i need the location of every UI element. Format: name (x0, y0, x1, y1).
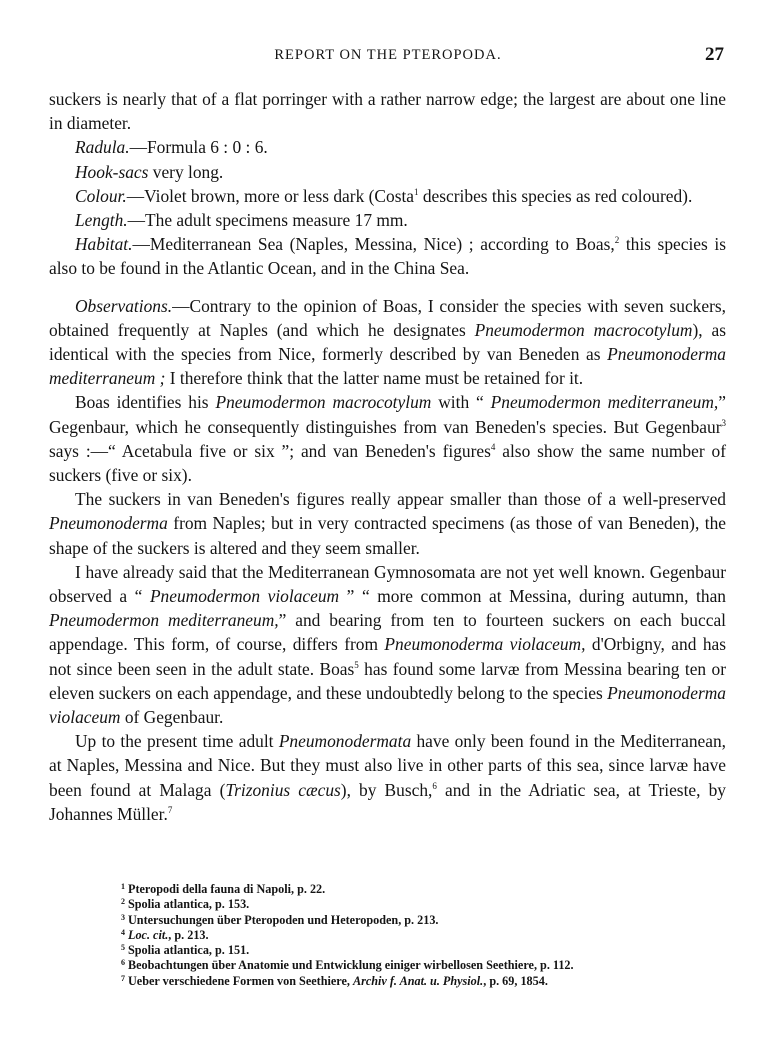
obs-text: I therefore think that the latter name m… (165, 368, 583, 388)
footnote-number: 1 (121, 882, 125, 891)
paragraph-length: Length.—The adult specimens measure 17 m… (49, 208, 726, 232)
footnote-number: 6 (121, 958, 125, 967)
radula-text: —Formula 6 : 0 : 6. (130, 137, 268, 157)
label-habitat: Habitat. (75, 234, 133, 254)
species-name: Pneumodermon macrocotylum (475, 320, 693, 340)
footnote-ref-3[interactable]: 3 (722, 418, 727, 428)
boas-text: Boas identifies his (75, 392, 215, 412)
boas-text: says :—“ Acetabula five or six ”; and va… (49, 441, 491, 461)
species-name: Pneumodermon mediterraneum, (49, 610, 279, 630)
label-radula: Radula. (75, 137, 130, 157)
hook-sacs-text: very long. (148, 162, 223, 182)
footnote-3: 3Untersuchungen über Pteropoden und Hete… (121, 913, 574, 928)
footnote-number: 4 (121, 928, 125, 937)
footnote-text: Spolia atlantica, p. 151. (128, 943, 249, 957)
footnote-italic: Archiv f. Anat. u. Physiol. (353, 974, 483, 988)
paragraph-boas: Boas identifies his Pneumodermon macroco… (49, 390, 726, 487)
footnote-1: 1Pteropodi della fauna di Napoli, p. 22. (121, 882, 574, 897)
species-name: Pneumodermon violaceum (150, 586, 339, 606)
paragraph-hook-sacs: Hook-sacs very long. (49, 160, 726, 184)
footnote-number: 2 (121, 897, 125, 906)
species-name: Pneumonoderma (49, 513, 168, 533)
boas-text: with “ (431, 392, 490, 412)
label-length: Length. (75, 210, 128, 230)
paragraph-radula: Radula.—Formula 6 : 0 : 6. (49, 135, 726, 159)
footnote-4: 4Loc. cit., p. 213. (121, 928, 574, 943)
footnote-text: Untersuchungen über Pteropoden und Heter… (128, 913, 438, 927)
footnote-text: Spolia atlantica, p. 153. (128, 897, 249, 911)
colour-text-cont: describes this species as red coloured). (419, 186, 693, 206)
length-text: —The adult specimens measure 17 mm. (128, 210, 408, 230)
footnote-text: Pteropodi della fauna di Napoli, p. 22. (128, 882, 325, 896)
paragraph-up-to: Up to the present time adult Pneumonoder… (49, 729, 726, 826)
species-name: Pneumonodermata (279, 731, 411, 751)
footnote-6: 6Beobachtungen über Anatomie und Entwick… (121, 958, 574, 973)
paragraph-suckers: The suckers in van Beneden's figures rea… (49, 487, 726, 560)
label-colour: Colour. (75, 186, 127, 206)
footnote-number: 3 (121, 913, 125, 922)
species-name: Trizonius cæcus (225, 780, 340, 800)
paragraph-colour: Colour.—Violet brown, more or less dark … (49, 184, 726, 208)
paragraph-habitat: Habitat.—Mediterranean Sea (Naples, Mess… (49, 232, 726, 280)
suckers-text: The suckers in van Beneden's figures rea… (75, 489, 726, 509)
species-name: Pneumodermon mediterraneum, (491, 392, 719, 412)
habitat-text: —Mediterranean Sea (Naples, Messina, Nic… (133, 234, 615, 254)
footnote-text: , p. 213. (168, 928, 208, 942)
label-observations: Observations. (75, 296, 172, 316)
already-text: of Gegenbaur. (120, 707, 223, 727)
footnote-text: Beobachtungen über Anatomie und Entwickl… (128, 958, 574, 972)
footnote-italic: Loc. cit. (128, 928, 168, 942)
paragraph-already: I have already said that the Mediterrane… (49, 560, 726, 729)
label-hook-sacs: Hook-sacs (75, 162, 148, 182)
upto-text: Up to the present time adult (75, 731, 279, 751)
species-name: Pneumonoderma violaceum, (384, 634, 585, 654)
footnote-text: , p. 69, 1854. (483, 974, 548, 988)
footnotes: 1Pteropodi della fauna di Napoli, p. 22.… (121, 882, 574, 989)
page-header: REPORT ON THE PTEROPODA. 27 (0, 44, 776, 68)
already-text: ” “ more common at Messina, during autum… (339, 586, 726, 606)
colour-text: —Violet brown, more or less dark (Costa (127, 186, 414, 206)
footnote-5: 5Spolia atlantica, p. 151. (121, 943, 574, 958)
footnote-ref-7[interactable]: 7 (168, 805, 173, 815)
page-number: 27 (705, 44, 724, 66)
upto-text: ), by Busch, (341, 780, 433, 800)
paragraph-observations: Observations.—Contrary to the opinion of… (49, 294, 726, 391)
footnote-2: 2Spolia atlantica, p. 153. (121, 897, 574, 912)
running-title: REPORT ON THE PTEROPODA. (0, 47, 776, 64)
footnote-number: 5 (121, 943, 125, 952)
footnote-text: Ueber verschiedene Formen von Seethiere, (128, 974, 353, 988)
footnote-7: 7Ueber verschiedene Formen von Seethiere… (121, 974, 574, 989)
body-text: suckers is nearly that of a flat porring… (49, 87, 726, 826)
footnote-number: 7 (121, 974, 125, 983)
paragraph-continuation: suckers is nearly that of a flat porring… (49, 87, 726, 135)
species-name: Pneumodermon macrocotylum (215, 392, 431, 412)
